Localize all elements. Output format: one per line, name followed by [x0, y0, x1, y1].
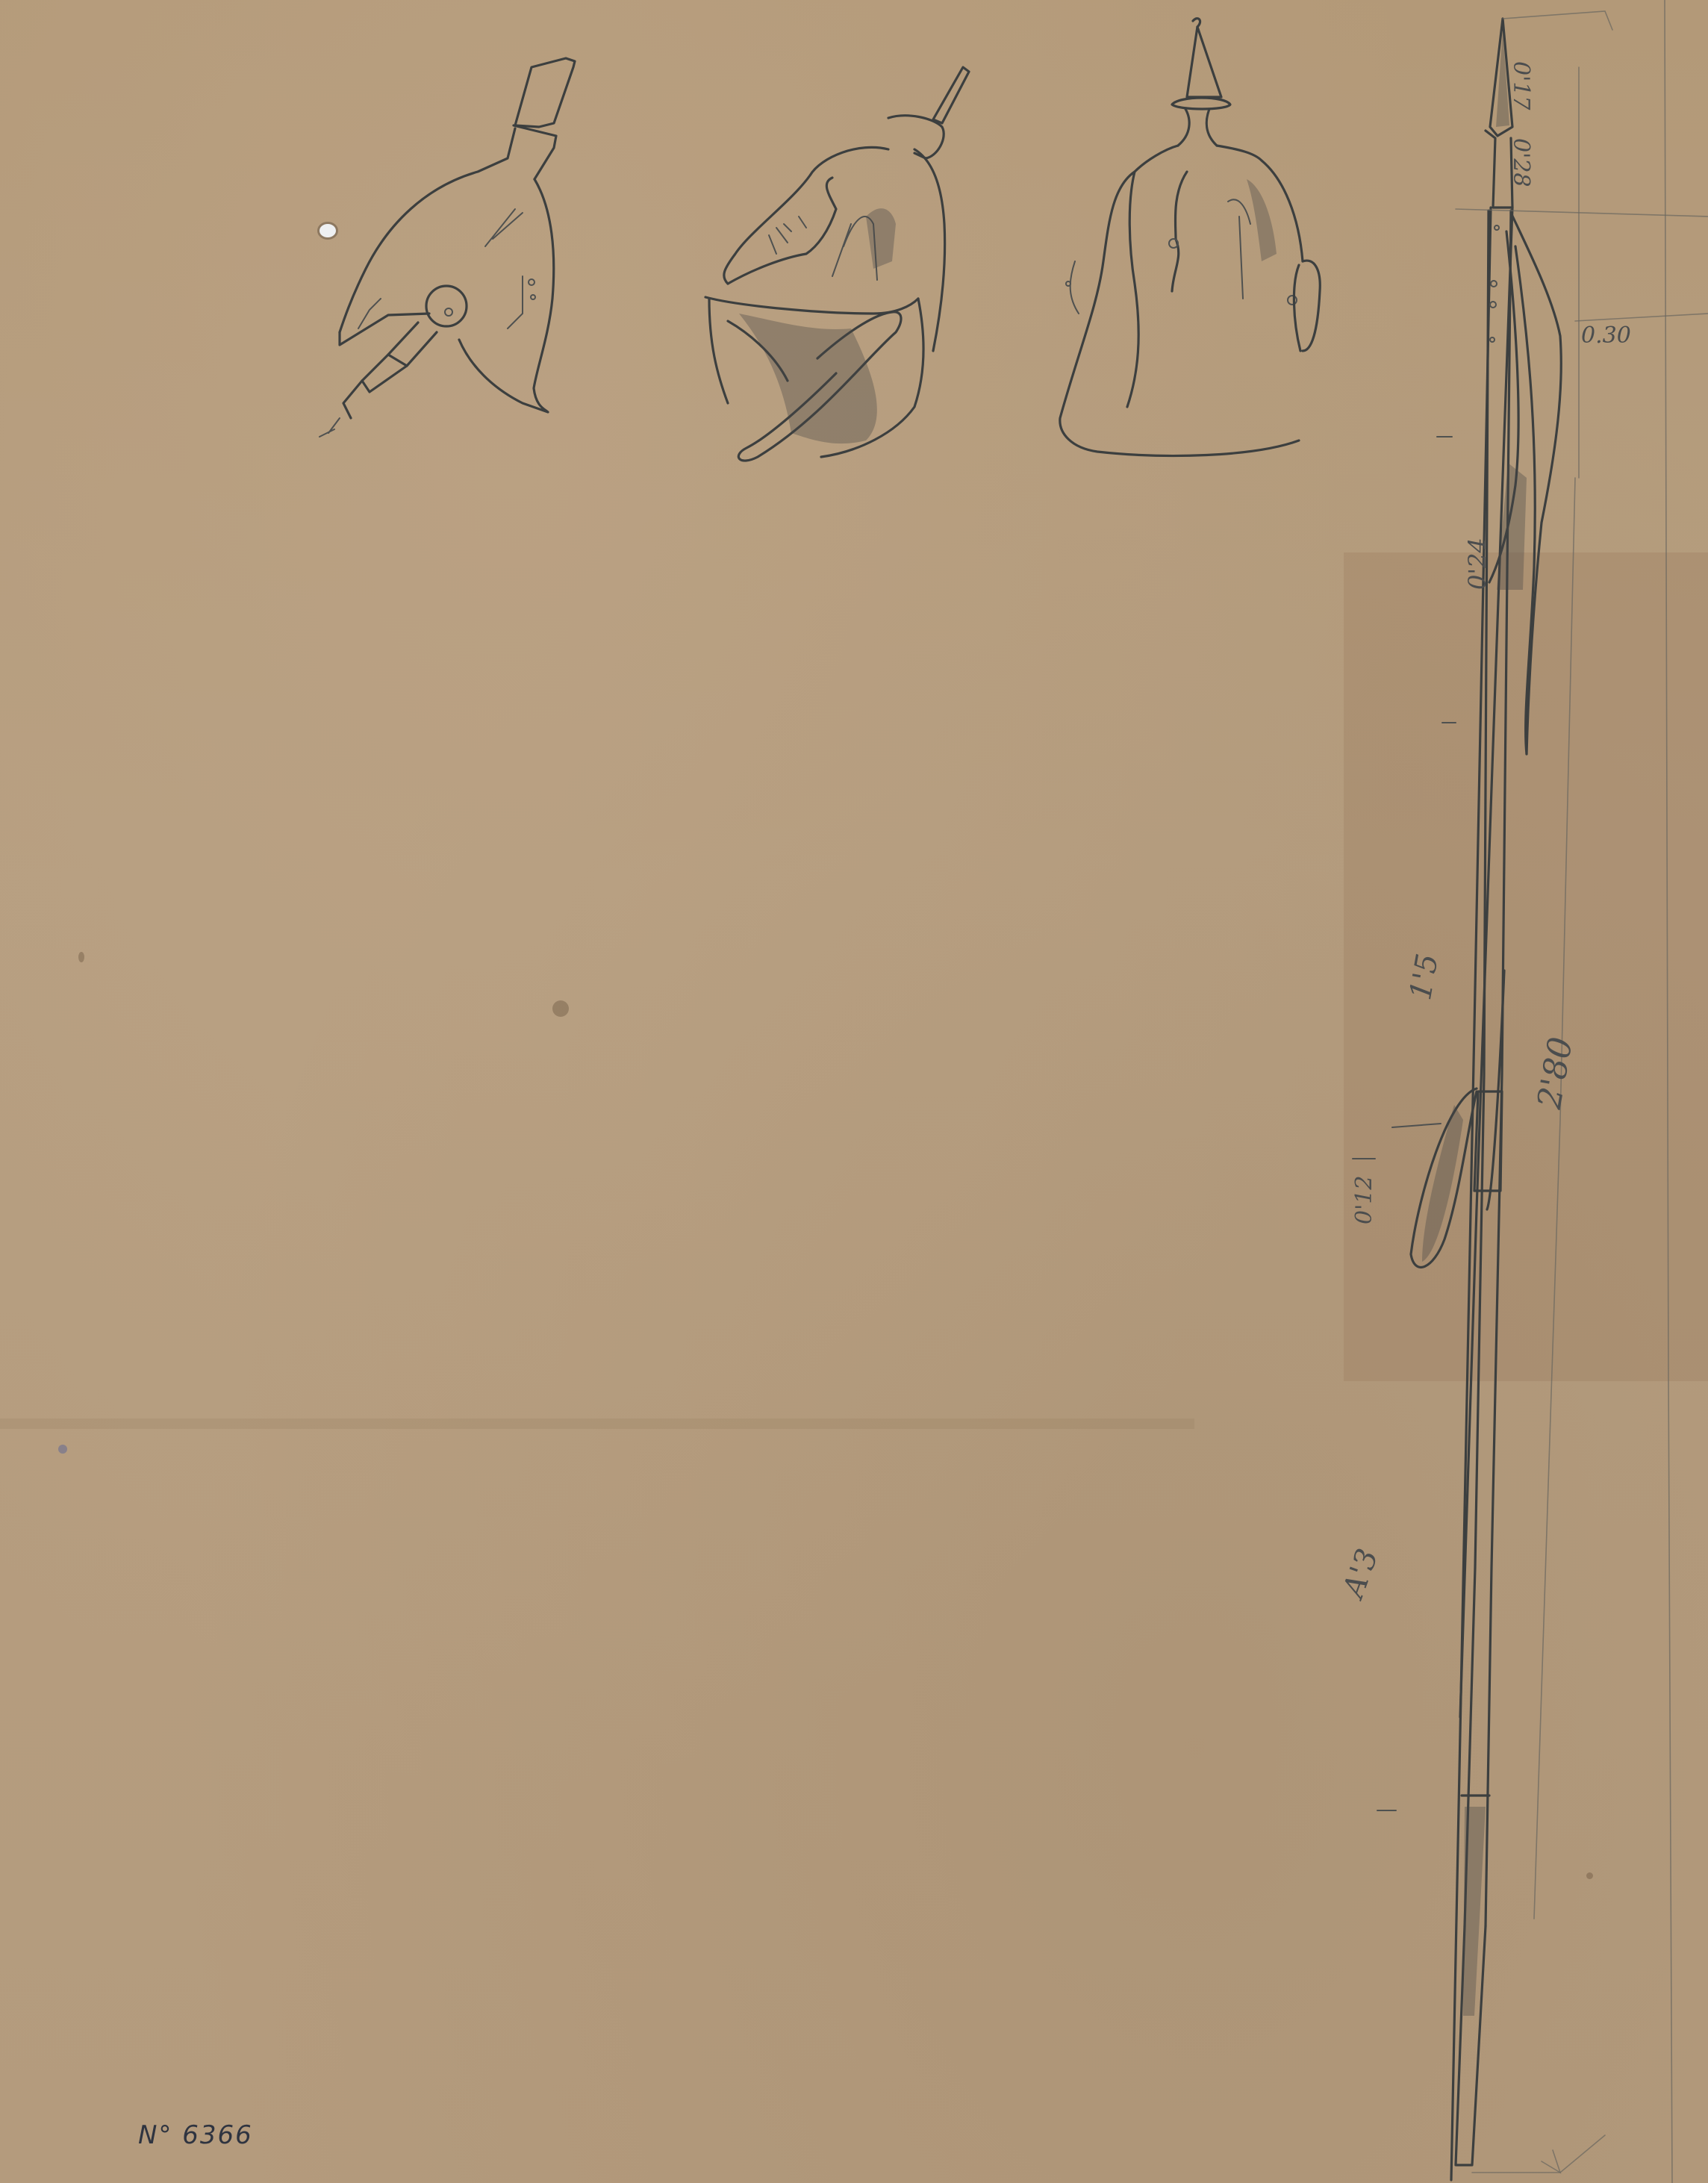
paper-sheet: 0'17 0'28 0.30 0'24 1'5 2'80 0'12 A'3 N°…: [0, 0, 1708, 2183]
catalog-number: N° 6366: [138, 2120, 253, 2150]
sketch-drawing: [0, 0, 1708, 2183]
annotation-pennon-length: 0'24: [1463, 538, 1492, 590]
helmet-rear-three-quarter: [705, 67, 969, 461]
lance-with-pennon: [1353, 0, 1708, 2183]
annotation-socket-length: 0'28: [1508, 138, 1534, 187]
helmet-side-view: [320, 58, 575, 437]
annotation-grip-length: 0'12: [1351, 1175, 1377, 1224]
annotation-tip-length: 0'17: [1508, 61, 1534, 110]
helmet-rear-view: [1060, 19, 1320, 456]
annotation-pennon-width: 0.30: [1581, 323, 1631, 349]
